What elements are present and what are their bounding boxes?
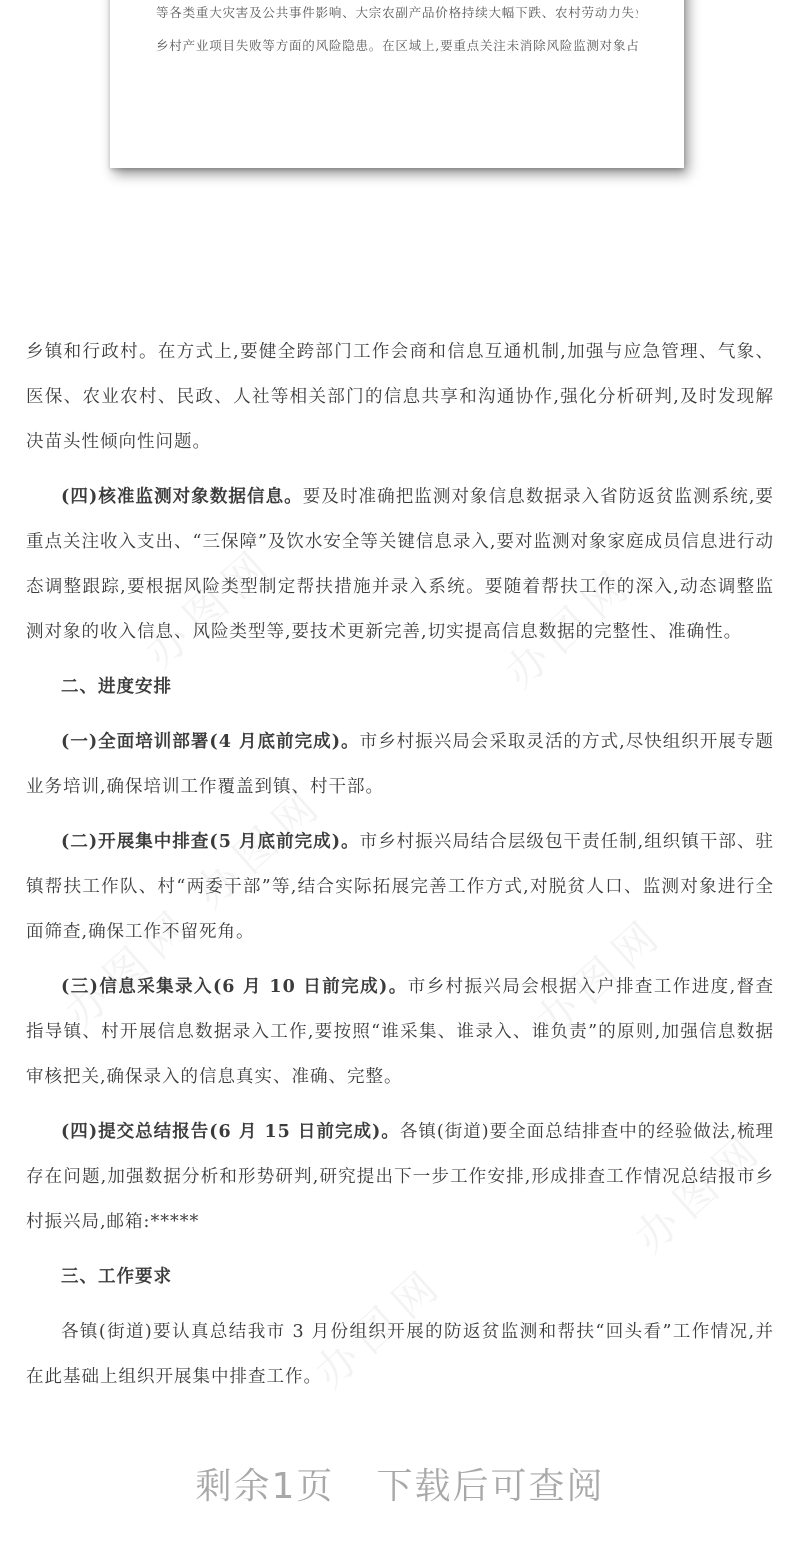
paragraph-text: 乡镇和行政村。在方式上,要健全跨部门工作会商和信息互通机制,加强与应急管理、气象… [26, 342, 774, 452]
doc-paragraph: 各镇(街道)要认真总结我市 3 月份组织开展的防返贫监测和帮扶“回头看”工作情况… [26, 1310, 774, 1400]
document-preview-page: 等各类重大灾害及公共事件影响、大宗农副产品价格持续大幅下跌、农村劳动力失业明显增… [0, 0, 800, 1562]
doc-heading: 二、进度安排 [26, 665, 774, 710]
download-to-view-label: 下载后可查阅 [376, 1466, 604, 1507]
previous-page-card: 等各类重大灾害及公共事件影响、大宗农副产品价格持续大幅下跌、农村劳动力失业明显增… [110, 0, 684, 168]
paragraph-lead: 三、工作要求 [61, 1267, 172, 1287]
paragraph-lead: (四)提交总结报告(6 月 15 日前完成)。 [61, 1122, 400, 1142]
doc-paragraph: (二)开展集中排查(5 月底前完成)。市乡村振兴局结合层级包干责任制,组织镇干部… [26, 820, 774, 955]
paragraph-lead: (一)全面培训部署(4 月底前完成)。 [61, 732, 360, 752]
remaining-pages-label: 剩余1页 [196, 1466, 335, 1507]
prev-page-text-line: 乡村产业项目失败等方面的风险隐患。在区域上,要重点关注未消除风险监测对象占比较高… [156, 29, 638, 62]
doc-paragraph: (四)提交总结报告(6 月 15 日前完成)。各镇(街道)要全面总结排查中的经验… [26, 1110, 774, 1245]
doc-paragraph: (一)全面培训部署(4 月底前完成)。市乡村振兴局会采取灵活的方式,尽快组织开展… [26, 720, 774, 810]
paragraph-lead: (三)信息采集录入(6 月 10 日前完成)。 [61, 977, 408, 997]
paragraph-text: 各镇(街道)要认真总结我市 3 月份组织开展的防返贫监测和帮扶“回头看”工作情况… [26, 1322, 774, 1387]
paragraph-text: 要及时准确把监测对象信息数据录入省防返贫监测系统,要重点关注收入支出、“三保障”… [26, 487, 774, 642]
doc-heading: 三、工作要求 [26, 1255, 774, 1300]
document-body: 乡镇和行政村。在方式上,要健全跨部门工作会商和信息互通机制,加强与应急管理、气象… [0, 330, 800, 1410]
paragraph-lead: (二)开展集中排查(5 月底前完成)。 [61, 832, 360, 852]
doc-paragraph: (四)核准监测对象数据信息。要及时准确把监测对象信息数据录入省防返贫监测系统,要… [26, 475, 774, 655]
paragraph-lead: (四)核准监测对象数据信息。 [61, 487, 303, 507]
prev-page-text-line: 等各类重大灾害及公共事件影响、大宗农副产品价格持续大幅下跌、农村劳动力失业明显增… [156, 0, 638, 29]
doc-paragraph: (三)信息采集录入(6 月 10 日前完成)。市乡村振兴局会根据入户排查工作进度… [26, 965, 774, 1100]
remaining-pages-hint[interactable]: 剩余1页下载后可查阅 [0, 1458, 800, 1509]
paragraph-lead: 二、进度安排 [61, 677, 172, 697]
doc-paragraph: 乡镇和行政村。在方式上,要健全跨部门工作会商和信息互通机制,加强与应急管理、气象… [26, 330, 774, 465]
